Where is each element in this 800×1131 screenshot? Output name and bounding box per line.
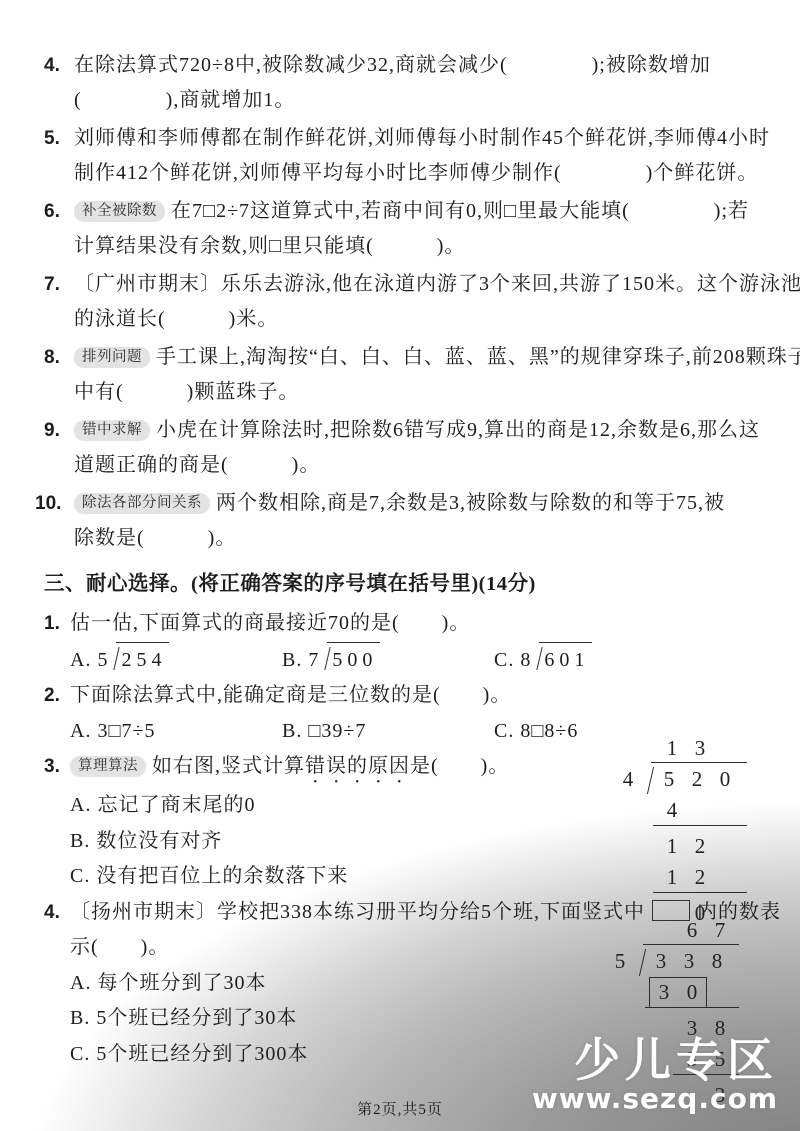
topic-badge: 除法各部分间关系 <box>74 493 210 514</box>
question-number: 4. <box>44 48 74 83</box>
question-line: 6.补全被除数在7□2÷7这道算式中,若商中间有0,则□里最大能填( );若 <box>44 194 770 229</box>
question-number: 2. <box>44 678 70 714</box>
option-b: B.75 0 0 <box>282 642 494 679</box>
option-c: C.8□8÷6 <box>494 714 578 750</box>
question-text: 如右图,竖式计算 <box>152 755 305 777</box>
question-number: 9. <box>44 413 74 448</box>
topic-badge: 算理算法 <box>70 756 146 777</box>
option-text: 8□8÷6 <box>520 720 578 742</box>
topic-badge: 错中求解 <box>74 420 150 441</box>
option-label: A. <box>70 720 91 742</box>
option-label: C. <box>70 865 90 887</box>
option-text: 5个班已经分到了30本 <box>96 1007 297 1029</box>
question-line: 7.〔广州市期末〕乐乐去游泳,他在泳道内游了3个来回,共游了150米。这个游泳池 <box>44 267 770 302</box>
option-label: B. <box>282 649 302 671</box>
question-line: 10.除法各部分间关系两个数相除,商是7,余数是3,被除数与除数的和等于75,被 <box>44 486 770 521</box>
question-number: 7. <box>44 267 74 302</box>
option-label: B. <box>70 830 90 852</box>
question-text: 在7□2÷7这道算式中,若商中间有0,则□里最大能填( );若 <box>171 200 749 222</box>
option-text: 忘记了商末尾的0 <box>97 794 255 816</box>
option-label: C. <box>494 720 514 742</box>
option-a: A.3□7÷5 <box>70 714 282 750</box>
question-line: 计算结果没有余数,则□里只能填( )。 <box>44 229 770 264</box>
question-line: 8.排列问题手工课上,淘淘按“白、白、白、蓝、蓝、黑”的规律穿珠子,前208颗珠… <box>44 340 770 375</box>
question-line: 2.下面除法算式中,能确定商是三位数的是( )。 <box>44 678 770 714</box>
question-line: 4.在除法算式720÷8中,被除数减少32,商就会减少( );被除数增加 <box>44 48 770 83</box>
question-text: 手工课上,淘淘按“白、白、白、蓝、蓝、黑”的规律穿珠子,前208颗珠子 <box>156 346 800 368</box>
option-c: C.86 0 1 <box>494 642 592 679</box>
site-watermark: 少儿专区 www.sezq.com <box>532 1036 778 1114</box>
question-line: ( ),商就增加1。 <box>44 83 770 118</box>
question-number: 6. <box>44 194 74 229</box>
option-a: A.52 5 4 <box>70 642 282 679</box>
option-label: C. <box>494 649 514 671</box>
section-heading: 三、耐心选择。(将正确答案的序号填在括号里)(14分) <box>44 566 770 602</box>
question-number: 4. <box>44 895 70 931</box>
fill-question-7: 7.〔广州市期末〕乐乐去游泳,他在泳道内游了3个来回,共游了150米。这个游泳池… <box>44 267 770 337</box>
question-line: 中有( )颗蓝珠子。 <box>44 375 770 410</box>
watermark-url: www.sezq.com <box>532 1084 778 1114</box>
fill-question-10: 10.除法各部分间关系两个数相除,商是7,余数是3,被除数与除数的和等于75,被… <box>44 486 770 556</box>
question-text: 估一估,下面算式的商最接近70的是( )。 <box>70 612 470 634</box>
option-text: □39÷7 <box>308 720 366 742</box>
question-text: 两个数相除,商是7,余数是3,被除数与除数的和等于75,被 <box>216 492 725 514</box>
question-number: 10. <box>35 486 74 521</box>
long-division-inline: 75 0 0 <box>308 649 380 671</box>
emphasized-text: 错误的原因 <box>305 755 410 777</box>
question-line: 道题正确的商是( )。 <box>44 448 770 483</box>
fill-question-9: 9.错中求解小虎在计算除法时,把除数6错写成9,算出的商是12,余数是6,那么这… <box>44 413 770 483</box>
long-division-inline: 86 0 1 <box>520 649 592 671</box>
option-label: A. <box>70 972 91 994</box>
question-number: 3. <box>44 749 70 785</box>
option-text: 每个班分到了30本 <box>97 972 266 994</box>
question-text: 〔扬州市期末〕学校把338本练习册平均分给5个班,下面竖式中 <box>70 901 645 923</box>
question-number: 8. <box>44 340 74 375</box>
option-label: A. <box>70 794 91 816</box>
dividend: 6 0 1 <box>539 642 592 679</box>
question-number: 5. <box>44 121 74 156</box>
fill-question-4: 4.在除法算式720÷8中,被除数减少32,商就会减少( );被除数增加 ( )… <box>44 48 770 118</box>
question-line: 制作412个鲜花饼,刘师傅平均每小时比李师傅少制作( )个鲜花饼。 <box>44 156 770 191</box>
option-label: B. <box>70 1007 90 1029</box>
dividend: 2 5 4 <box>116 642 169 679</box>
option-text: 5个班已经分到了300本 <box>96 1043 308 1065</box>
dividend: 5 0 0 <box>327 642 380 679</box>
topic-badge: 排列问题 <box>74 347 150 368</box>
options-row: A.52 5 4 B.75 0 0 C.86 0 1 <box>44 642 770 679</box>
option-label: A. <box>70 649 91 671</box>
option-text: 3□7÷5 <box>97 720 155 742</box>
option-label: B. <box>282 720 302 742</box>
option-label: C. <box>70 1043 90 1065</box>
question-line: 除数是( )。 <box>44 521 770 556</box>
question-text: 下面除法算式中,能确定商是三位数的是( )。 <box>70 684 511 706</box>
option-text: 没有把百位上的余数落下来 <box>96 865 348 887</box>
question-text: 刘师傅和李师傅都在制作鲜花饼,刘师傅每小时制作45个鲜花饼,李师傅4小时 <box>74 127 770 149</box>
question-line: 的泳道长( )米。 <box>44 302 770 337</box>
worksheet-page: 4.在除法算式720÷8中,被除数减少32,商就会减少( );被除数增加 ( )… <box>0 0 800 1131</box>
question-number: 1. <box>44 606 70 642</box>
long-division-figure-520-div-4: 134520412120 <box>618 732 747 928</box>
question-text: 在除法算式720÷8中,被除数减少32,商就会减少( );被除数增加 <box>74 54 711 76</box>
fill-question-5: 5.刘师傅和李师傅都在制作鲜花饼,刘师傅每小时制作45个鲜花饼,李师傅4小时 制… <box>44 121 770 191</box>
question-line: 5.刘师傅和李师傅都在制作鲜花饼,刘师傅每小时制作45个鲜花饼,李师傅4小时 <box>44 121 770 156</box>
question-text: 小虎在计算除法时,把除数6错写成9,算出的商是12,余数是6,那么这 <box>156 419 760 441</box>
watermark-title: 少儿专区 <box>532 1036 778 1084</box>
option-b: B.□39÷7 <box>282 714 494 750</box>
fill-question-8: 8.排列问题手工课上,淘淘按“白、白、白、蓝、蓝、黑”的规律穿珠子,前208颗珠… <box>44 340 770 410</box>
option-text: 数位没有对齐 <box>96 830 222 852</box>
long-division-inline: 52 5 4 <box>97 649 169 671</box>
question-line: 1.估一估,下面算式的商最接近70的是( )。 <box>44 606 770 642</box>
question-text: 〔广州市期末〕乐乐去游泳,他在泳道内游了3个来回,共游了150米。这个游泳池 <box>74 273 800 295</box>
choice-question-1: 1.估一估,下面算式的商最接近70的是( )。 A.52 5 4 B.75 0 … <box>44 606 770 678</box>
fill-question-6: 6.补全被除数在7□2÷7这道算式中,若商中间有0,则□里最大能填( );若 计… <box>44 194 770 264</box>
topic-badge: 补全被除数 <box>74 201 165 222</box>
question-line: 9.错中求解小虎在计算除法时,把除数6错写成9,算出的商是12,余数是6,那么这 <box>44 413 770 448</box>
question-text: 是( )。 <box>410 755 509 777</box>
